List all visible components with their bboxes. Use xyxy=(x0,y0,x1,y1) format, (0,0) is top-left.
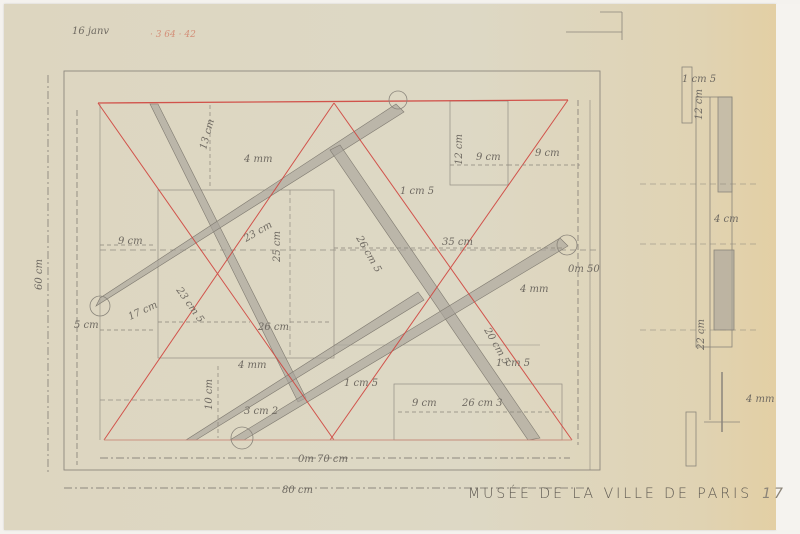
dim-left-offset: 9 cm xyxy=(118,236,143,247)
dim-horiz-26: 26 cm xyxy=(257,322,289,333)
dim-top-right-box-h: 12 cm xyxy=(454,134,465,165)
section-top-label: 1 cm 5 xyxy=(682,74,716,85)
dim-left-lower-3: 3 cm 2 xyxy=(244,406,278,417)
section-seg-3: 22 cm xyxy=(696,319,707,351)
dim-top-right-outer: 9 cm xyxy=(535,148,560,159)
dim-bar-1cm5-right: 1 cm 5 xyxy=(496,358,530,369)
dim-bar-1cm5-top: 1 cm 5 xyxy=(400,186,434,197)
date-note: 16 janv xyxy=(72,26,109,37)
red-note: · 3 64 · 42 xyxy=(150,30,196,40)
dim-diag-23: 23 cm xyxy=(241,220,274,246)
dim-horiz-35: 35 cm xyxy=(442,237,473,248)
dim-circle-right: 0m 50 xyxy=(568,264,600,275)
dim-left-lower-vert: 10 cm xyxy=(204,379,215,410)
dim-top-right-box-w: 9 cm xyxy=(476,152,501,163)
section-seg-2: 4 cm xyxy=(713,214,739,225)
dim-overall-height: 60 cm xyxy=(34,259,45,290)
section-seg-1: 12 cm xyxy=(694,89,705,120)
section-thickness: 4 mm xyxy=(745,394,775,405)
dim-bottom-box-w: 26 cm 3 xyxy=(461,398,503,409)
dim-bar-1cm5-bottom: 1 cm 5 xyxy=(344,378,378,389)
dim-top-left-vertical: 13 cm xyxy=(198,118,217,151)
dim-vert-25: 25 cm xyxy=(272,231,283,263)
drawing-caption: MUSÉE DE LA VILLE DE PARIS17 xyxy=(468,486,786,502)
dim-bar-4mm: 4 mm xyxy=(243,154,273,165)
dim-diag-26-5: 26 cm 5 xyxy=(353,233,383,274)
dim-left-17: 17 cm xyxy=(127,300,160,323)
dim-inner-width: 0m 70 cm xyxy=(298,454,348,465)
dim-left-23-5: 23 cm 5 xyxy=(173,285,206,325)
dim-overall-width: 80 cm xyxy=(282,485,313,496)
technical-drawing: 16 janv · 3 64 · 42 60 cm 80 cm 0m 70 cm… xyxy=(0,0,800,534)
caption-text: MUSÉE DE LA VILLE DE PARIS xyxy=(468,486,752,502)
side-section xyxy=(566,12,760,466)
dim-left-margin: 5 cm xyxy=(74,320,99,331)
dim-left-lower-4mm: 4 mm xyxy=(237,360,267,371)
dim-right-4mm: 4 mm xyxy=(519,284,549,295)
dim-bottom-box-h: 9 cm xyxy=(412,398,437,409)
page-number: 17 xyxy=(762,486,786,502)
